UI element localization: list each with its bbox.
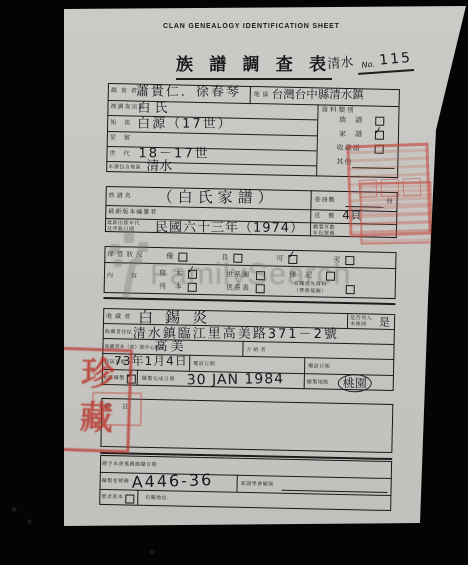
introducer-label: 介紹者 [246,348,267,353]
volumes-label: 卷冊數 [315,197,336,203]
red-archive-stamp-ghost [359,181,432,244]
film-speck [28,520,31,523]
keeper-label: 收藏者 [106,314,133,321]
pubdate-label-line2: 及序跋日期 [107,227,135,233]
pubdate-value: 民國六十三年（1974） [155,221,304,235]
hall-label: 堂 號 [110,135,131,141]
listed-label-line2: 本族冊 [350,322,367,327]
surveyor-value: 蕭貴仁．徐春琴 [136,86,241,99]
followup-visit-label: 繼訪日期 [308,364,330,369]
film-speck [150,551,155,553]
filmpage-label-line2: 年份號碼 [313,231,335,236]
first-ancestor-value: 白源（17世） [137,117,233,130]
pubdate-label-line1: 最新出版年代 [107,221,140,227]
film-number-value: A446-36 [131,472,213,491]
film-number-label: 攝製卷號碼 [102,479,130,485]
coverage-label: 本譜包含地區 [108,165,141,171]
film-done-label: 攝製完成日期 [142,377,175,383]
serial-underline [358,69,414,74]
category-item-label: 族 譜 [339,117,363,125]
book-name-label: 族譜名 [109,193,133,200]
copy-request-checkbox [125,494,134,503]
coverage-value: 清水 [146,160,172,173]
pages-label: 頁 數 [314,213,335,219]
microfilm-frame: CLAN GENEALOGY IDENTIFICATION SHEET 族 譜 … [0,0,468,565]
category-label: 資料類別 [321,107,355,114]
serial-place: 清水 [327,56,354,71]
seal-character: 珍 [60,358,135,394]
listed-label-line1: 是否列入 [350,316,372,321]
section-remarks-box [100,398,393,453]
familysearch-tree-icon [106,233,156,305]
revisit-label: 覆訪日期 [193,362,215,367]
form-title: 族 譜 調 查 表 [176,50,332,80]
editor-label: 最新版本編纂者 [108,209,157,216]
keeper-value: 白錫炎 [138,310,219,325]
location-label: 地區 [254,92,272,98]
location-value: 台灣台中縣清水鎮 [272,89,364,101]
generations-label: 世 代 [109,151,130,157]
film-place-label: 攝製地點 [307,380,329,385]
related-address-label: 有關地址 [145,496,167,501]
category-item-label: 家 譜 [339,131,363,139]
film-header-title: CLAN GENEALOGY IDENTIFICATION SHEET [163,23,340,30]
gs-number-label: 家譜學會編號 [241,482,274,488]
film-place-value: 桃園 [338,374,372,392]
book-name-value: （白氏家譜） [158,190,278,205]
serial-number: 115 [379,51,413,68]
red-seal-stamp-ghost [92,392,143,427]
listed-value: 是 [379,317,390,328]
clan-value: 白氏 [137,102,171,115]
filmpage-label-line1: 攝製頁數 [313,225,335,230]
serial-no-label: No. [361,61,375,70]
keeper-address-label: 收藏者住址 [105,330,133,336]
copy-request-label: 要求底本 [101,495,123,500]
category-checkbox-jiapu: ✓ [375,131,384,140]
familysearch-watermark: FamilySearch [150,256,352,292]
film-speck [12,508,16,511]
document-paper: CLAN GENEALOGY IDENTIFICATION SHEET 族 譜 … [0,0,468,565]
film-done-value: 30 JAN 1984 [187,372,284,387]
clan-center-value: 高美 [154,340,186,353]
first-ancestor-label: 始 祖 [110,120,131,126]
